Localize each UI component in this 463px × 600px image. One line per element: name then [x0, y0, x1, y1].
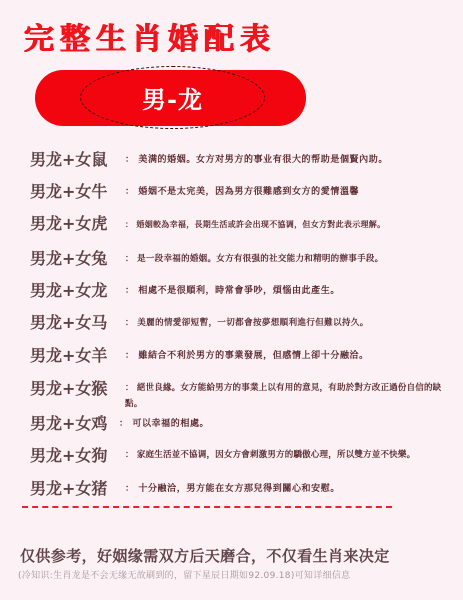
pairing-label: 男龙+女牛 [30, 181, 125, 203]
pairing-description: 雖結合不利於男方的事業發展，但感情上卻十分融洽。 [125, 345, 450, 365]
trivia-note: (冷知识:生肖龙是不会无缘无故刷到的，留下星辰日期如92.09.18)可知详细信… [18, 568, 350, 581]
pairing-label: 男龙+女鼠 [30, 149, 125, 171]
pairing-row-dog: 男龙+女狗 家庭生活並不協调，因女方會刺激男方的驕傲心理，所以雙方並不快樂。 [30, 445, 450, 467]
pairing-description: 婚姻不是太完美，因為男方很難感到女方的愛情溫馨 [125, 181, 450, 201]
pairing-label: 男龙+女猴 [30, 378, 125, 400]
pairing-description: 可以幸福的相處。 [119, 413, 450, 433]
pairing-description: 十分融洽，男方能在女方那兒得到關心和安慰。 [125, 478, 450, 498]
pairing-label: 男龙+女羊 [30, 345, 125, 367]
pairing-description: 家庭生活並不協调，因女方會刺激男方的驕傲心理，所以雙方並不快樂。 [125, 445, 450, 463]
pairing-description: 美满的婚姻。女方对男方的事业有很大的帮助是個賢內助。 [125, 149, 450, 169]
pairing-row-goat: 男龙+女羊 雖結合不利於男方的事業發展，但感情上卻十分融洽。 [30, 345, 450, 367]
pairing-row-rabbit: 男龙+女兔 是一段幸福的婚姻。女方有很强的社交能力和精明的辦事手段。 [30, 248, 450, 270]
pairing-row-dragon: 男龙+女龙 相處不是很順利，時常會爭吵，煩惱由此產生。 [30, 280, 450, 302]
pairing-label: 男龙+女鸡 [30, 413, 125, 435]
zodiac-marriage-chart: 完整生肖婚配表 男-龙 男龙+女鼠 美满的婚姻。女方对男方的事业有很大的帮助是個… [0, 0, 463, 600]
pairing-description: 是一段幸福的婚姻。女方有很强的社交能力和精明的辦事手段。 [125, 248, 450, 268]
page-title: 完整生肖婚配表 [24, 22, 276, 58]
pairing-label: 男龙+女虎 [30, 213, 125, 235]
pairing-row-pig: 男龙+女猪 十分融洽，男方能在女方那兒得到關心和安慰。 [30, 478, 450, 500]
dashed-divider [22, 506, 392, 508]
pairing-description: 美麗的情愛卻短暫，一切都會按夢想順利進行但難以持久。 [125, 312, 450, 332]
pairing-row-monkey: 男龙+女猴 絕世良緣。女方能給男方的事業上以有用的意見，有助於對方改正過份自信的… [30, 378, 450, 412]
pairing-description: 婚姻較為幸福，長期生活或許会出现不協调，但女方對此表示理解。 [125, 213, 450, 233]
pairing-row-tiger: 男龙+女虎 婚姻較為幸福，長期生活或許会出现不協调，但女方對此表示理解。 [30, 213, 450, 235]
pairing-label: 男龙+女马 [30, 312, 125, 334]
disclaimer-text: 仅供参考，好姻缘需双方后天磨合，不仅看生肖来决定 [20, 545, 390, 566]
pairing-row-horse: 男龙+女马 美麗的情愛卻短暫，一切都會按夢想順利進行但難以持久。 [30, 312, 450, 334]
pairing-label: 男龙+女猪 [30, 478, 125, 500]
pairing-row-rooster: 男龙+女鸡 可以幸福的相處。 [30, 413, 450, 435]
subtitle-ellipse: 男-龙 [80, 66, 265, 129]
pairing-description: 絕世良緣。女方能給男方的事業上以有用的意見，有助於對方改正過份自信的缺點。 [125, 378, 450, 412]
pairing-description: 相處不是很順利，時常會爭吵，煩惱由此產生。 [125, 280, 450, 300]
pairing-row-ox: 男龙+女牛 婚姻不是太完美，因為男方很難感到女方的愛情溫馨 [30, 181, 450, 203]
pairing-row-rat: 男龙+女鼠 美满的婚姻。女方对男方的事业有很大的帮助是個賢內助。 [30, 149, 450, 171]
subtitle-text: 男-龙 [142, 80, 203, 115]
pairing-label: 男龙+女龙 [30, 280, 125, 302]
pairing-label: 男龙+女兔 [30, 248, 125, 270]
pairing-label: 男龙+女狗 [30, 445, 125, 467]
